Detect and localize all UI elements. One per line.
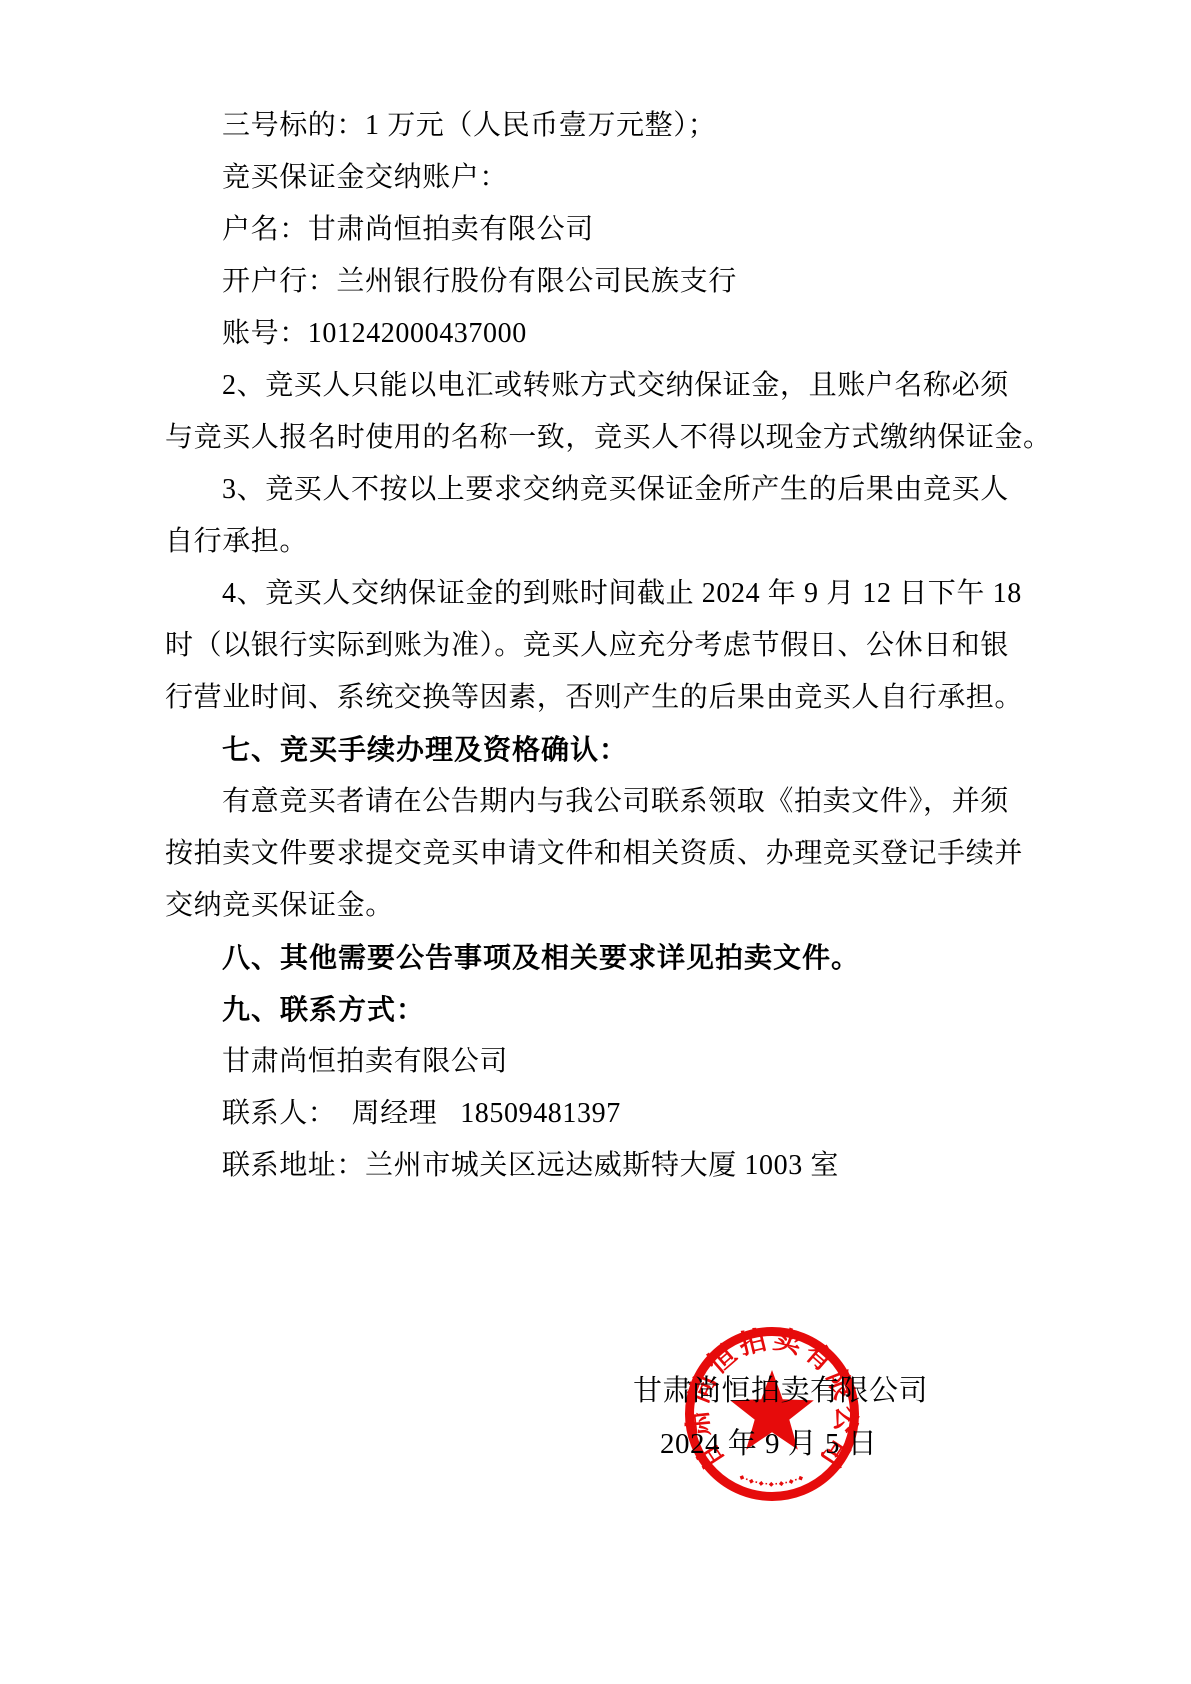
document-line: 与竞买人报名时使用的名称一致，竞买人不得以现金方式缴纳保证金。 [165,412,1037,464]
document-line: 联系人： 周经理 18509481397 [165,1088,1037,1140]
document-line: 自行承担。 [165,516,1037,568]
document-line: 七、竞买手续办理及资格确认： [165,724,1037,776]
document-line: 账号：101242000437000 [165,308,1037,360]
document-line: 甘肃尚恒拍卖有限公司 [165,1036,1037,1088]
document-line: 户名：甘肃尚恒拍卖有限公司 [165,204,1037,256]
company-seal: 甘肃尚恒拍卖有限公司 ◆▪◆▪◆▪◆▪◆▪◆▪◆ [677,1319,867,1509]
document-line: 有意竞买者请在公告期内与我公司联系领取《拍卖文件》，并须 [165,776,1037,828]
document-line: 九、联系方式： [165,984,1037,1036]
document-line: 时（以银行实际到账为准）。竞买人应充分考虑节假日、公休日和银 [165,620,1037,672]
document-line: 联系地址：兰州市城关区远达威斯特大厦 1003 室 [165,1140,1037,1192]
document-line: 三号标的：1 万元（人民币壹万元整）； [165,100,1037,152]
document-line: 开户行：兰州银行股份有限公司民族支行 [165,256,1037,308]
document-line: 4、竞买人交纳保证金的到账时间截止 2024 年 9 月 12 日下午 18 [165,568,1037,620]
seal-code-dots: ◆▪◆▪◆▪◆▪◆▪◆▪◆ [738,1473,806,1487]
document-line: 2、竞买人只能以电汇或转账方式交纳保证金，且账户名称必须 [165,360,1037,412]
document-lines: 三号标的：1 万元（人民币壹万元整）；竞买保证金交纳账户：户名：甘肃尚恒拍卖有限… [165,100,1037,1192]
star-icon [730,1370,814,1450]
document-line: 竞买保证金交纳账户： [165,152,1037,204]
document-line: 行营业时间、系统交换等因素，否则产生的后果由竞买人自行承担。 [165,672,1037,724]
document-line: 3、竞买人不按以上要求交纳竞买保证金所产生的后果由竞买人 [165,464,1037,516]
document-line: 交纳竞买保证金。 [165,880,1037,932]
document-page: 三号标的：1 万元（人民币壹万元整）；竞买保证金交纳账户：户名：甘肃尚恒拍卖有限… [0,0,1191,1684]
document-line: 八、其他需要公告事项及相关要求详见拍卖文件。 [165,932,1037,984]
svg-text:◆▪◆▪◆▪◆▪◆▪◆▪◆: ◆▪◆▪◆▪◆▪◆▪◆▪◆ [738,1473,806,1487]
document-line: 按拍卖文件要求提交竞买申请文件和相关资质、办理竞买登记手续并 [165,828,1037,880]
